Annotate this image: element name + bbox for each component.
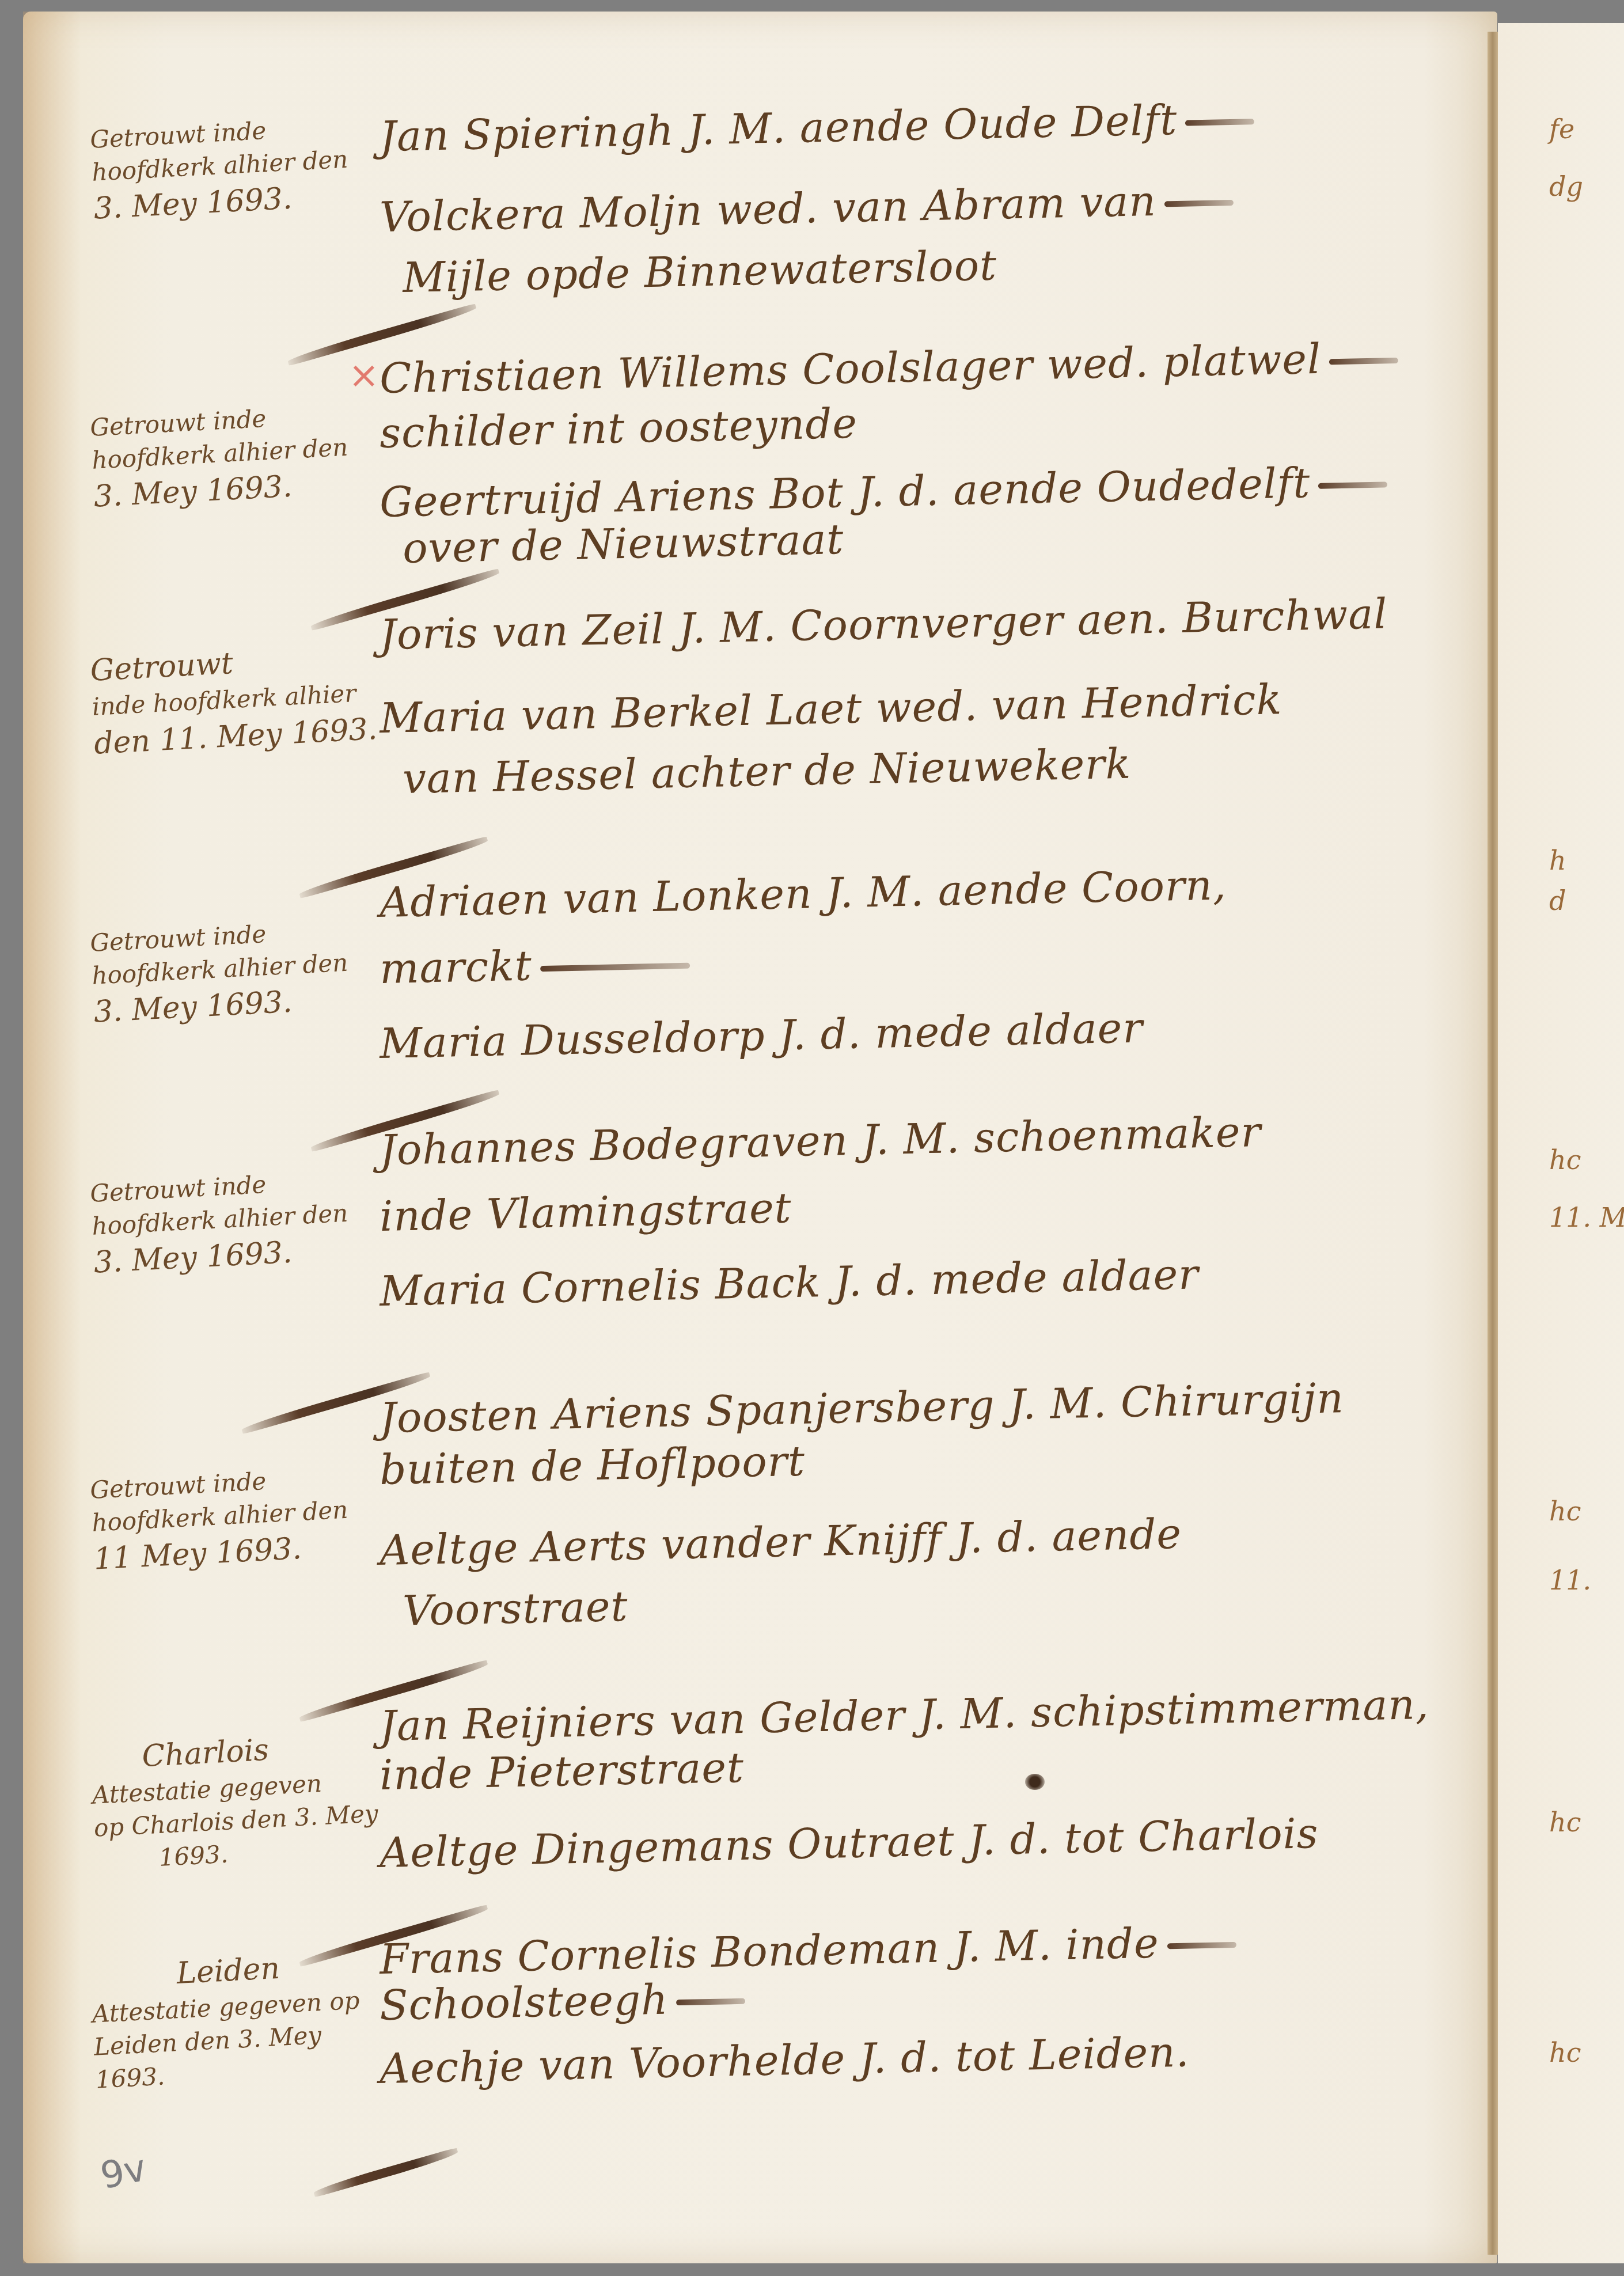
groom-line-cont: inde Vlamingstraet — [379, 1183, 792, 1241]
groom-line-cont: Schoolsteegh — [379, 1974, 746, 2030]
facing-page-fragment: 11. — [1549, 1566, 1591, 1594]
margin-note: Getrouwt inde hoofdkerk alhier den 3. Me… — [89, 396, 394, 518]
margin-note: Getrouwt inde hoofdkerk alhier den 3. Me… — [89, 108, 394, 230]
margin-note: Getrouwt inde hoofdkerk alhier den 11. M… — [89, 635, 394, 764]
margin-note: Getrouwt inde hoofdkerk alhier den 3. Me… — [89, 1162, 394, 1284]
facing-page-fragment: d — [1549, 887, 1566, 915]
margin-note: Getrouwt inde hoofdkerk alhier den 11 Me… — [89, 1459, 394, 1580]
groom-line-cont: buiten de Hoflpoort — [379, 1437, 805, 1494]
groom-line-cont: inde Pieterstraet — [379, 1743, 744, 1799]
facing-page-fragment: fe — [1549, 115, 1574, 143]
binding-gutter — [1488, 32, 1498, 2255]
facing-page-fragment: h — [1549, 847, 1566, 874]
facing-page-fragment: 11. M — [1549, 1204, 1624, 1231]
bride-line-cont: Voorstraet — [402, 1582, 628, 1635]
margin-note: Getrouwt inde hoofdkerk alhier den 3. Me… — [89, 912, 394, 1033]
facing-page — [1498, 23, 1624, 2263]
facing-page-fragment: hc — [1549, 1497, 1581, 1525]
margin-note: Leiden Attestatie gegeven op Leiden den … — [89, 1943, 396, 2096]
facing-page-fragment: hc — [1549, 1808, 1581, 1836]
groom-line-cont: schilder int oosteynde — [379, 399, 857, 457]
red-cross-mark: × — [348, 354, 380, 397]
margin-note: Charlois Attestatie gegeven op Charlois … — [89, 1724, 396, 1877]
groom-line-cont: marckt — [379, 938, 690, 993]
facing-page-fragment: hc — [1549, 1146, 1581, 1174]
bride-line-cont: over de Nieuwstraat — [402, 515, 844, 572]
facing-page-fragment: hc — [1549, 2039, 1581, 2066]
ink-blot — [1025, 1774, 1045, 1790]
facing-page-fragment: dg — [1549, 173, 1583, 200]
